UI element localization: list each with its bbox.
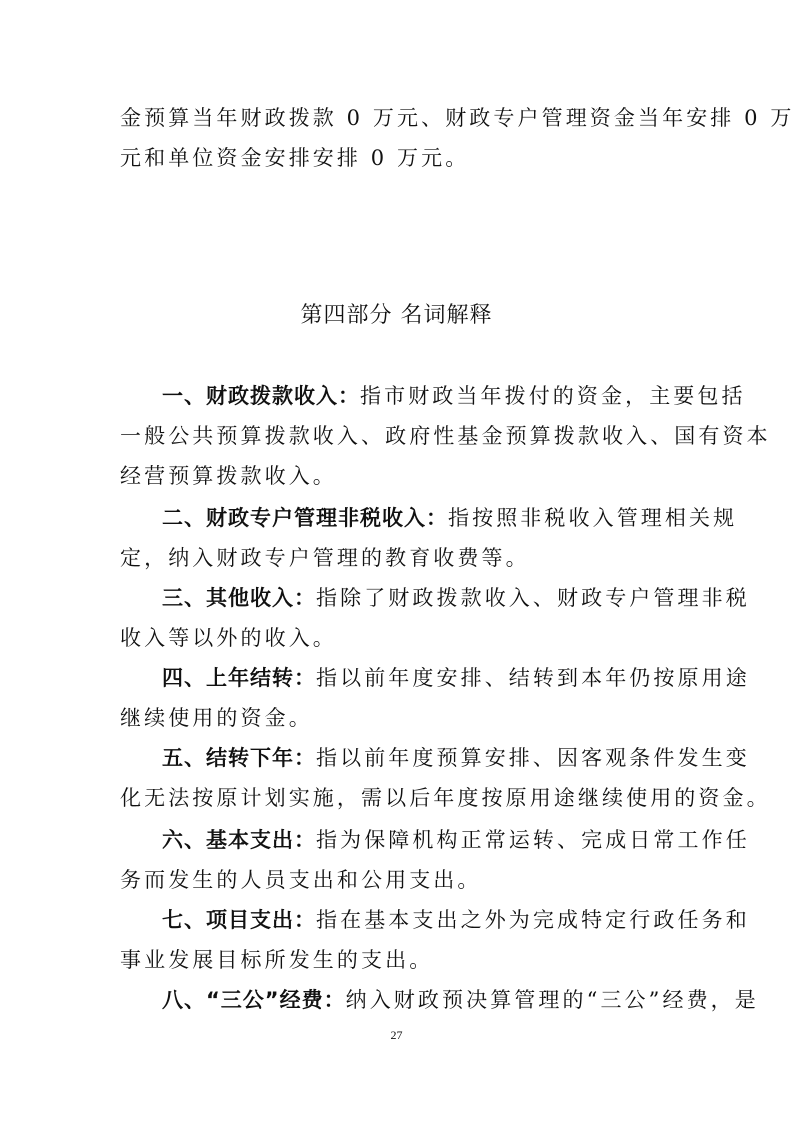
intro-line-2: 元和单位资金安排安排 0 万元。 <box>120 144 700 172</box>
definition-term: 七、项目支出： <box>162 908 316 932</box>
definition-7-first-line: 七、项目支出：指在基本支出之外为完成特定行政任务和 <box>162 906 700 934</box>
definition-1-line-3: 经营预算拨款收入。 <box>120 462 700 490</box>
definition-term: 八、“三公”经费： <box>162 988 346 1012</box>
definition-3-line-2: 收入等以外的收入。 <box>120 624 700 652</box>
definition-8-first-line: 八、“三公”经费：纳入财政预决算管理的“三公”经费，是 <box>162 986 700 1014</box>
definition-5-line-2: 化无法按原计划实施，需以后年度按原用途继续使用的资金。 <box>120 784 700 812</box>
definition-7-line-2: 事业发展目标所发生的支出。 <box>120 946 700 974</box>
definition-text: 指为保障机构正常运转、完成日常工作任 <box>316 828 750 852</box>
definition-1-line-2: 一般公共预算拨款收入、政府性基金预算拨款收入、国有资本 <box>120 422 700 450</box>
definition-6-first-line: 六、基本支出：指为保障机构正常运转、完成日常工作任 <box>162 826 700 854</box>
definition-text: 指除了财政拨款收入、财政专户管理非税 <box>316 586 750 610</box>
definition-term: 六、基本支出： <box>162 828 316 852</box>
definition-text: 指在基本支出之外为完成特定行政任务和 <box>316 908 750 932</box>
definition-text: 指市财政当年拨付的资金，主要包括 <box>360 384 746 408</box>
definition-2-line-2: 定，纳入财政专户管理的教育收费等。 <box>120 544 700 572</box>
definition-text: 指以前年度预算安排、因客观条件发生变 <box>316 746 750 770</box>
page-number: 27 <box>0 1028 793 1043</box>
definition-term: 二、财政专户管理非税收入： <box>162 506 448 530</box>
definition-4-first-line: 四、上年结转：指以前年度安排、结转到本年仍按原用途 <box>162 664 700 692</box>
definition-term: 四、上年结转： <box>162 666 316 690</box>
definition-term: 三、其他收入： <box>162 586 316 610</box>
definition-4-line-2: 继续使用的资金。 <box>120 704 700 732</box>
definition-text: 指按照非税收入管理相关规 <box>448 506 737 530</box>
definition-3-first-line: 三、其他收入：指除了财政拨款收入、财政专户管理非税 <box>162 584 700 612</box>
definition-6-line-2: 务而发生的人员支出和公用支出。 <box>120 866 700 894</box>
section-title: 第四部分 名词解释 <box>0 302 793 330</box>
definition-term: 五、结转下年： <box>162 746 316 770</box>
definition-text: 纳入财政预决算管理的“三公”经费，是 <box>346 988 759 1012</box>
definition-term: 一、财政拨款收入： <box>162 384 360 408</box>
definition-text: 指以前年度安排、结转到本年仍按原用途 <box>316 666 750 690</box>
intro-line-1: 金预算当年财政拨款 0 万元、财政专户管理资金当年安排 0 万 <box>120 104 700 132</box>
definition-2-first-line: 二、财政专户管理非税收入：指按照非税收入管理相关规 <box>162 504 700 532</box>
definition-1-first-line: 一、财政拨款收入：指市财政当年拨付的资金，主要包括 <box>162 382 700 410</box>
definition-5-first-line: 五、结转下年：指以前年度预算安排、因客观条件发生变 <box>162 744 700 772</box>
